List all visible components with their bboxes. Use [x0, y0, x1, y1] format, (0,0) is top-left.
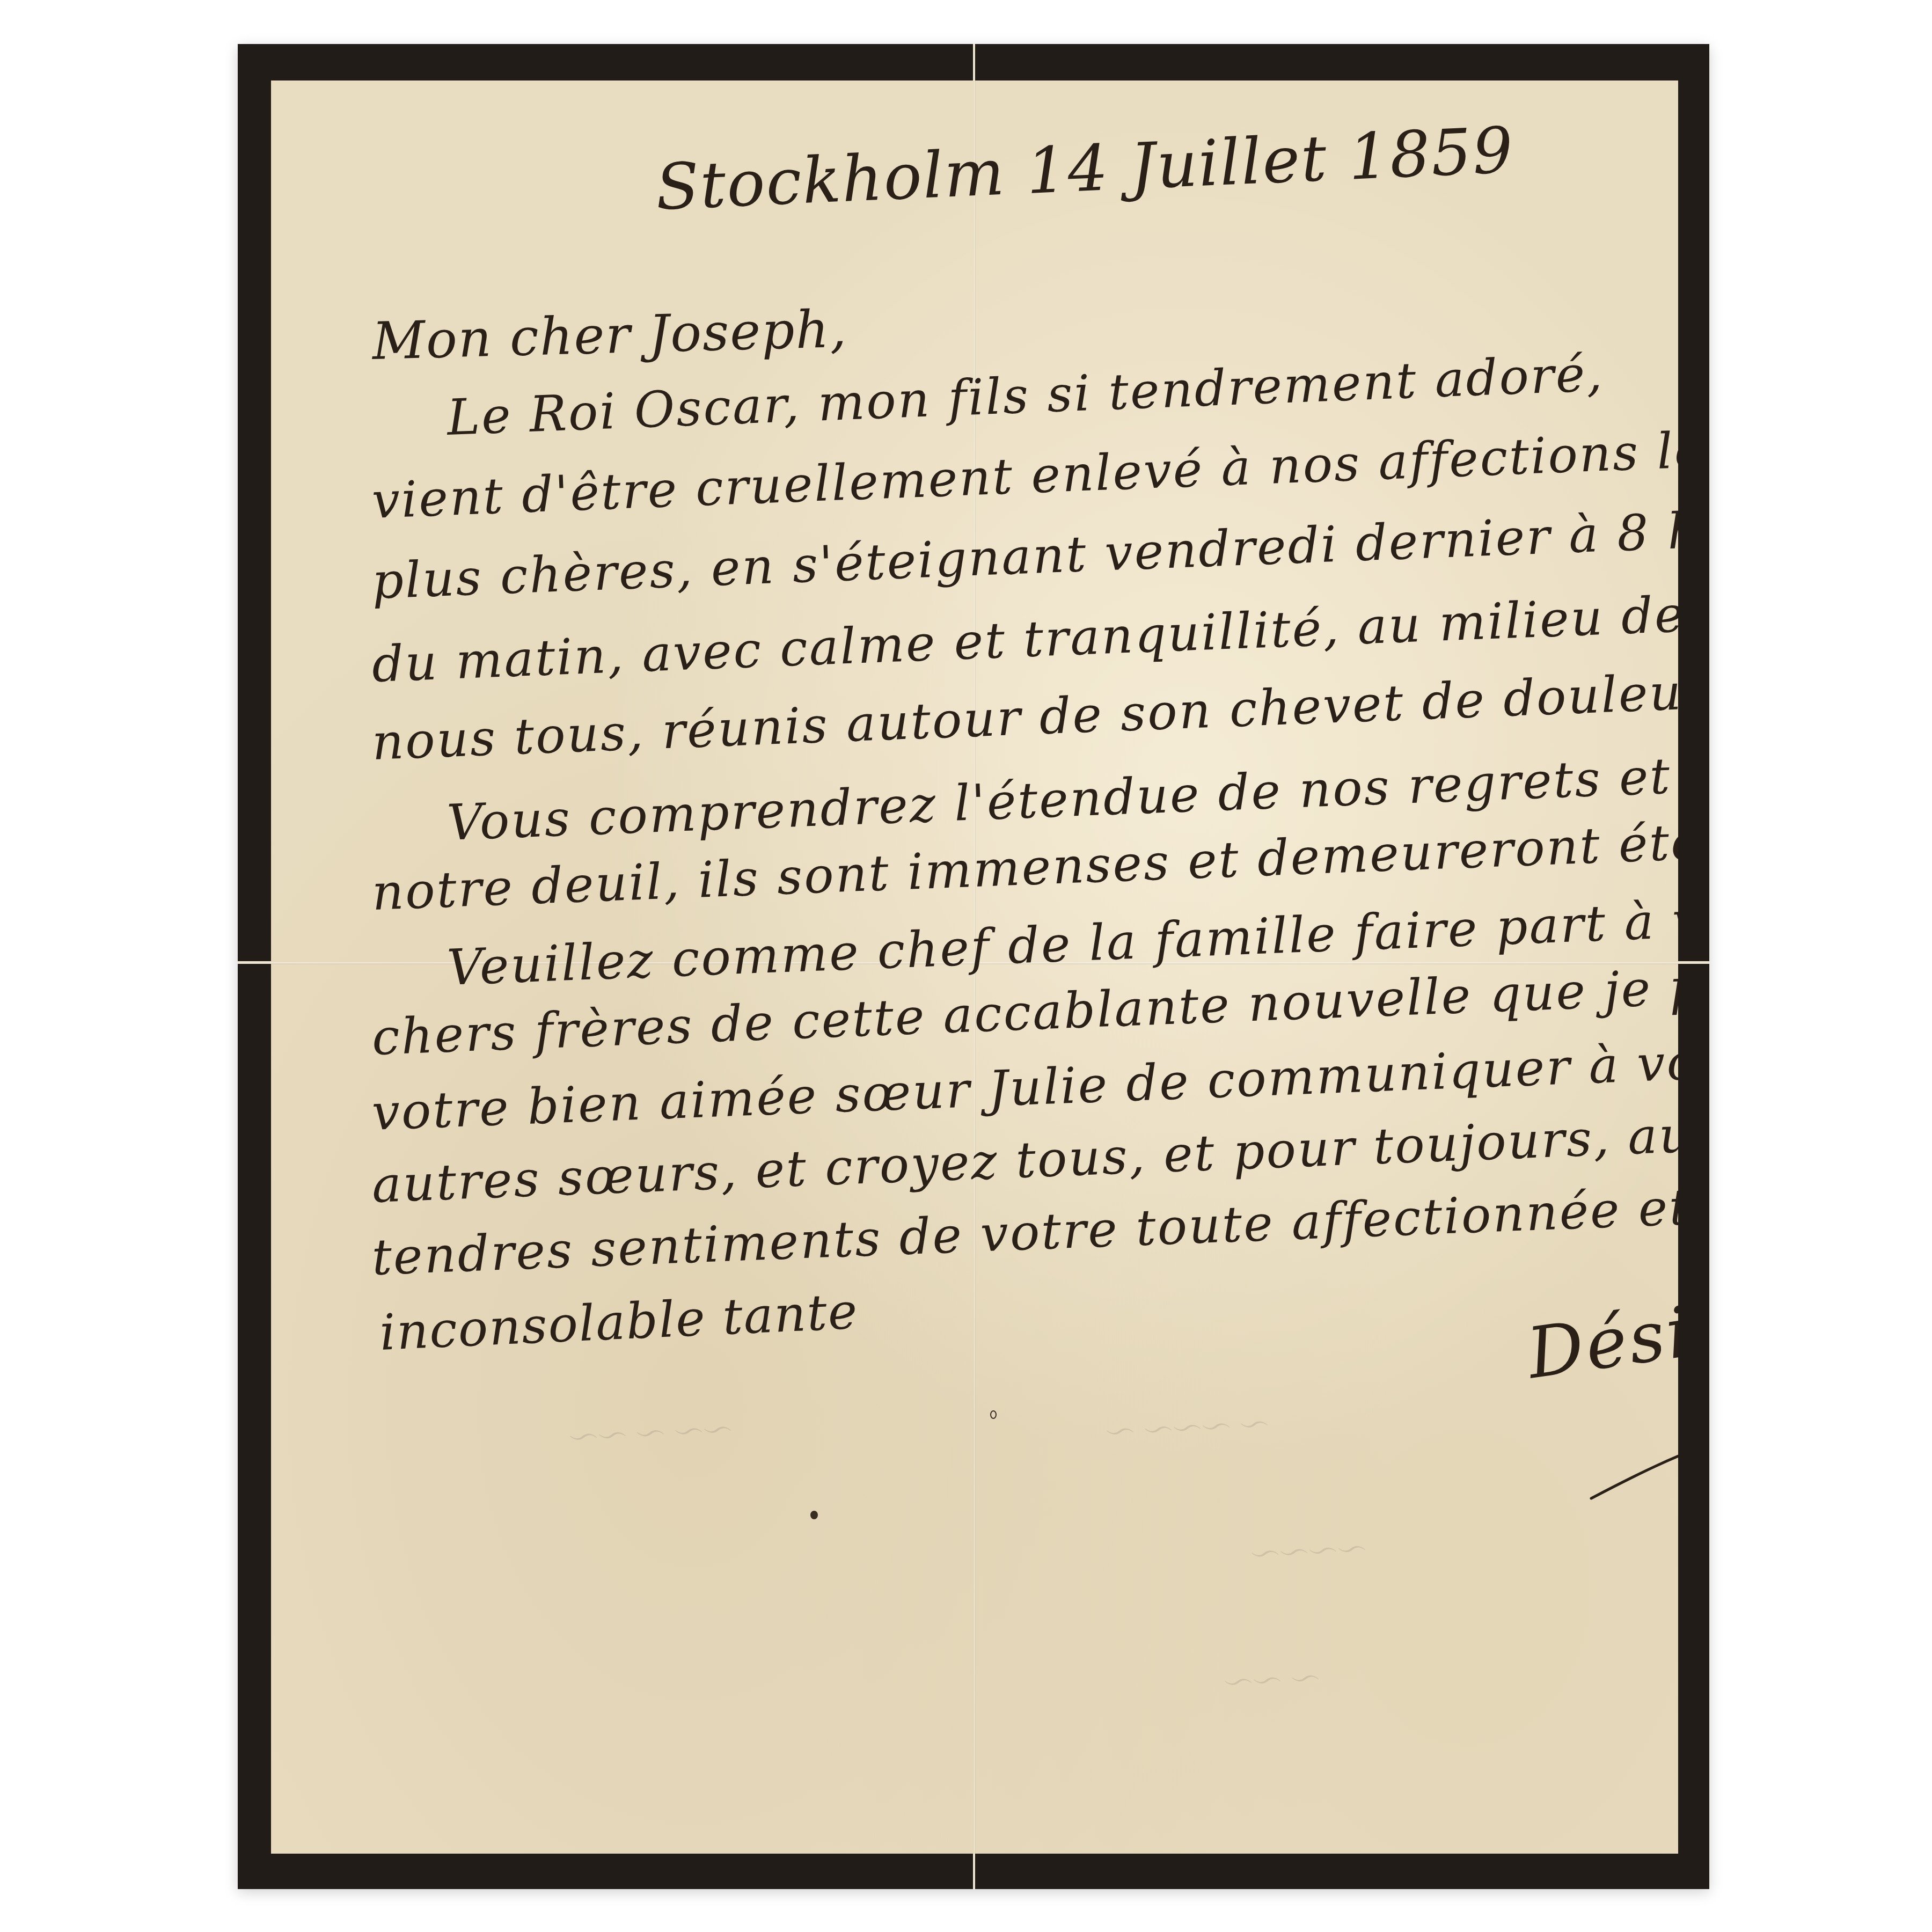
- ink-spot: [990, 1410, 997, 1419]
- ink-bleed-through: ～～ ～ ～～: [570, 1407, 736, 1457]
- border-fold-notch: [973, 1854, 975, 1889]
- closing-line: inconsolable tante: [378, 1283, 859, 1362]
- letter-paper: ～～ ～ ～～ ～ ～～～ ～ ～～～～ ～ ～～ Stockholm 14 J…: [271, 80, 1678, 1854]
- ink-bleed-through: ～ ～～～ ～: [1107, 1402, 1272, 1452]
- border-fold-notch: [238, 961, 271, 964]
- ink-spot: [810, 1511, 818, 1519]
- ink-bleed-through: ～ ～～: [1225, 1656, 1323, 1702]
- border-fold-notch: [1678, 961, 1709, 964]
- signature: Désirée: [1523, 1274, 1678, 1395]
- signature-flourish: [1586, 1438, 1678, 1503]
- ink-bleed-through: ～～～～: [1252, 1526, 1370, 1574]
- mourning-letter: ～～ ～ ～～ ～ ～～～ ～ ～～～～ ～ ～～ Stockholm 14 J…: [238, 44, 1709, 1889]
- border-fold-notch: [973, 44, 975, 80]
- salutation: Mon cher Joseph,: [371, 299, 848, 371]
- place-date-header: Stockholm 14 Juillet 1859: [654, 113, 1516, 224]
